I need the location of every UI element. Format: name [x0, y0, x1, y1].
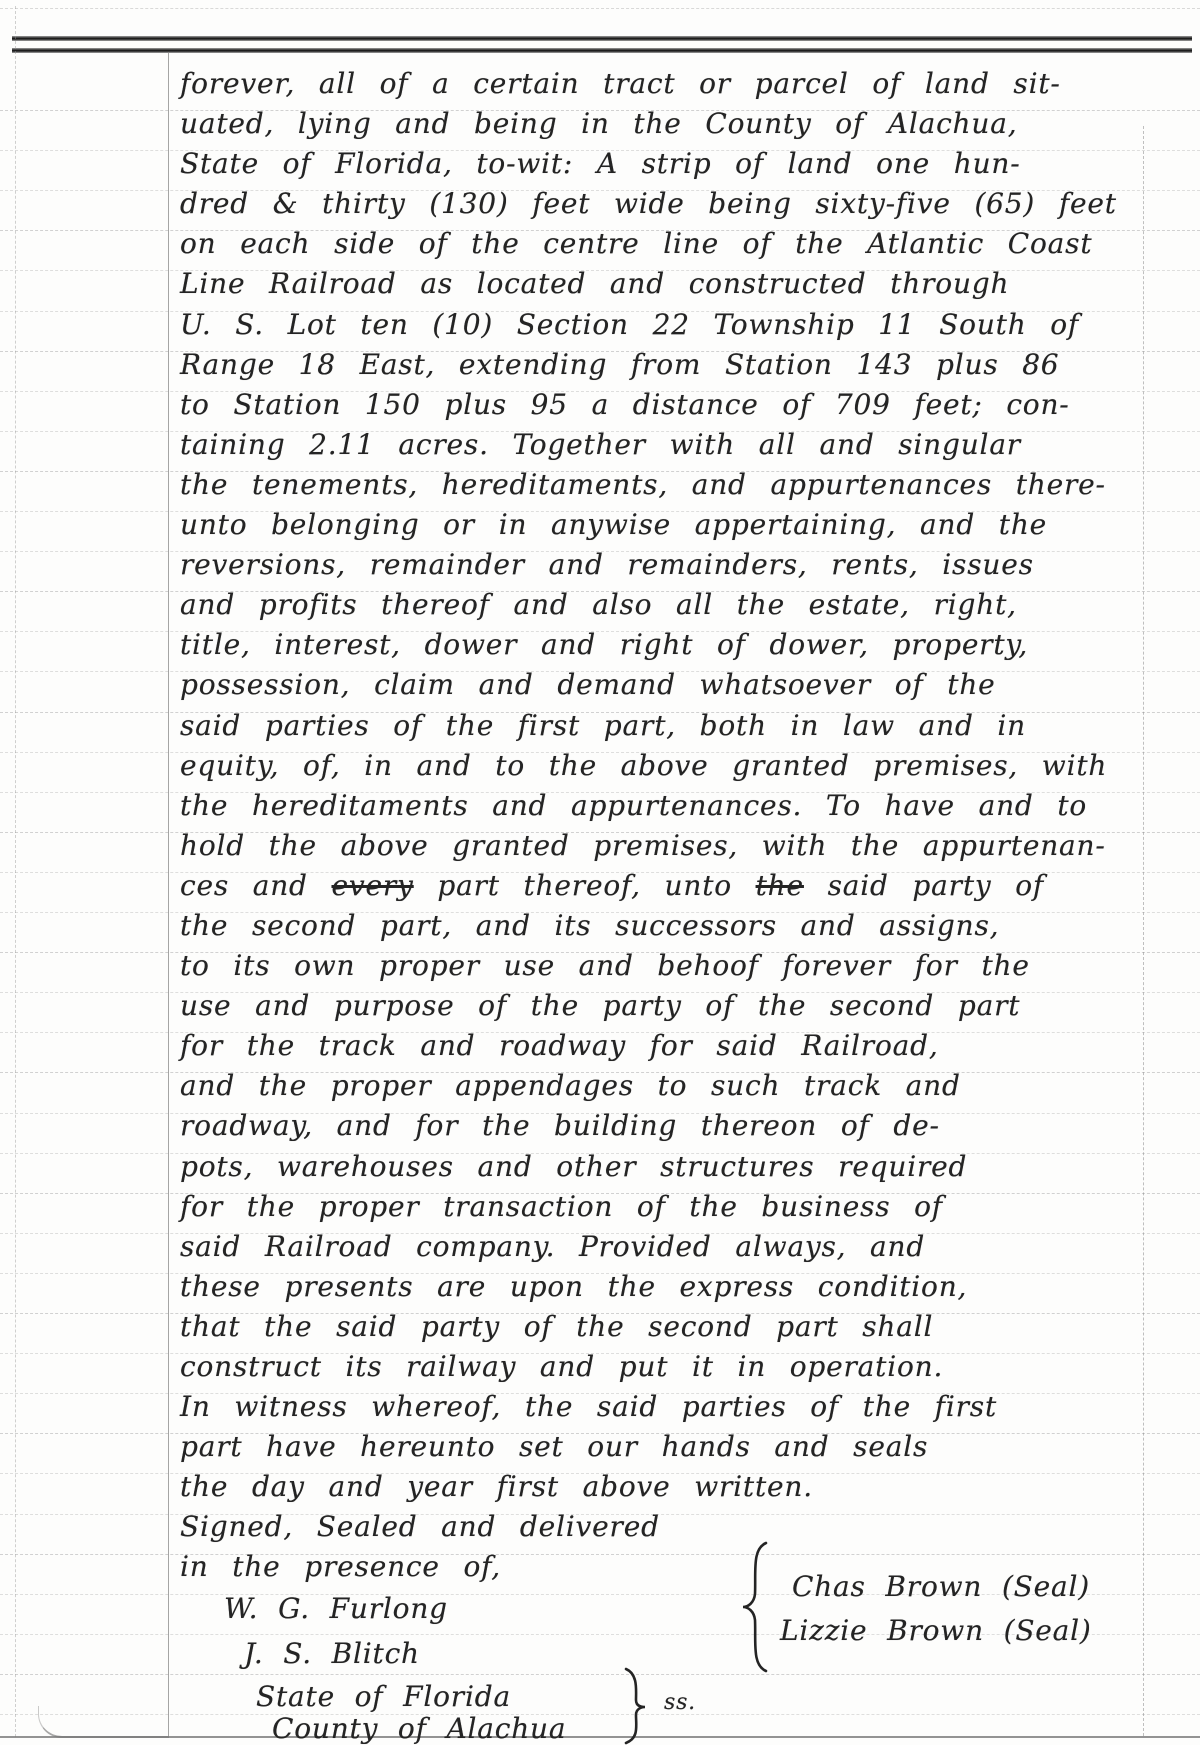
handwriting-line: In witness whereof, the said parties of …	[180, 1387, 1120, 1427]
handwriting-line: to Station 150 plus 95 a distance of 709…	[180, 385, 1120, 425]
handwriting-line: these presents are upon the express cond…	[180, 1267, 1120, 1307]
deed-page: forever, all of a certain tract or parce…	[0, 0, 1200, 1745]
handwriting-line: pots, warehouses and other structures re…	[180, 1147, 1120, 1187]
ruled-line	[0, 1714, 1200, 1715]
handwriting-line: hold the above granted premises, with th…	[180, 826, 1120, 866]
handwriting-line: reversions, remainder and remainders, re…	[180, 545, 1120, 585]
handwriting-line: on each side of the centre line of the A…	[180, 224, 1120, 264]
handwriting-line: Range 18 East, extending from Station 14…	[180, 345, 1120, 385]
ruled-line	[0, 1674, 1200, 1675]
handwriting-lines: forever, all of a certain tract or parce…	[180, 64, 1120, 1588]
handwriting-line: the tenements, hereditaments, and appurt…	[180, 465, 1120, 505]
page-bottom-left-corner	[38, 1706, 169, 1738]
handwriting-line: construct its railway and put it in oper…	[180, 1347, 1120, 1387]
handwriting-line: for the track and roadway for said Railr…	[180, 1026, 1120, 1066]
handwriting-line: taining 2.11 acres. Together with all an…	[180, 425, 1120, 465]
handwriting-line: U. S. Lot ten (10) Section 22 Township 1…	[180, 305, 1120, 345]
handwriting-line: unto belonging or in anywise appertainin…	[180, 505, 1120, 545]
signature-brace	[736, 1540, 776, 1674]
handwriting-line: forever, all of a certain tract or parce…	[180, 64, 1120, 104]
handwriting-line: roadway, and for the building thereon of…	[180, 1106, 1120, 1146]
handwriting-line: ces and every part thereof, unto the sai…	[180, 866, 1120, 906]
handwriting-line: for the proper transaction of the busine…	[180, 1187, 1120, 1227]
grantor-signature-2: Lizzie Brown (Seal)	[780, 1614, 1092, 1647]
jurat-brace	[618, 1666, 652, 1745]
handwriting-line: use and purpose of the party of the seco…	[180, 986, 1120, 1026]
handwriting-line: the second part, and its successors and …	[180, 906, 1120, 946]
handwriting-line: the hereditaments and appurtenances. To …	[180, 786, 1120, 826]
handwriting-line: uated, lying and being in the County of …	[180, 104, 1120, 144]
handwriting-line: Line Railroad as located and constructed…	[180, 264, 1120, 304]
handwriting-line: to its own proper use and behoof forever…	[180, 946, 1120, 986]
grantor-signature-1: Chas Brown (Seal)	[792, 1570, 1090, 1603]
handwriting-line: possession, claim and demand whatsoever …	[180, 665, 1120, 705]
witness-signature-2: J. S. Blitch	[244, 1637, 420, 1670]
top-scan-edge-line	[0, 8, 1200, 9]
handwriting-line: dred & thirty (130) feet wide being sixt…	[180, 184, 1120, 224]
handwriting-line: the day and year first above written.	[180, 1467, 1120, 1507]
jurat-state-line: State of Florida	[256, 1680, 511, 1713]
jurat-ss-label: ss.	[664, 1690, 696, 1715]
handwriting-line: that the said party of the second part s…	[180, 1307, 1120, 1347]
handwriting-line: said parties of the first part, both in …	[180, 706, 1120, 746]
page-bottom-edge	[0, 1736, 1200, 1738]
handwriting-line: title, interest, dower and right of dowe…	[180, 625, 1120, 665]
jurat-county-line: County of Alachua	[272, 1712, 566, 1745]
right-margin-line	[1143, 126, 1144, 1736]
left-margin-line	[168, 52, 169, 1736]
handwriting-line: and the proper appendages to such track …	[180, 1066, 1120, 1106]
handwriting-line: said Railroad company. Provided always, …	[180, 1227, 1120, 1267]
handwriting-line: Signed, Sealed and delivered	[180, 1507, 1120, 1547]
handwriting-line: and profits thereof and also all the est…	[180, 585, 1120, 625]
handwriting-line: part have hereunto set our hands and sea…	[180, 1427, 1120, 1467]
left-edge-guide-line	[15, 6, 16, 1737]
header-double-rule-bottom	[12, 48, 1192, 53]
handwriting-line: equity, of, in and to the above granted …	[180, 746, 1120, 786]
witness-signature-1: W. G. Furlong	[224, 1592, 448, 1625]
header-double-rule-top	[12, 36, 1192, 41]
handwriting-line: State of Florida, to-wit: A strip of lan…	[180, 144, 1120, 184]
